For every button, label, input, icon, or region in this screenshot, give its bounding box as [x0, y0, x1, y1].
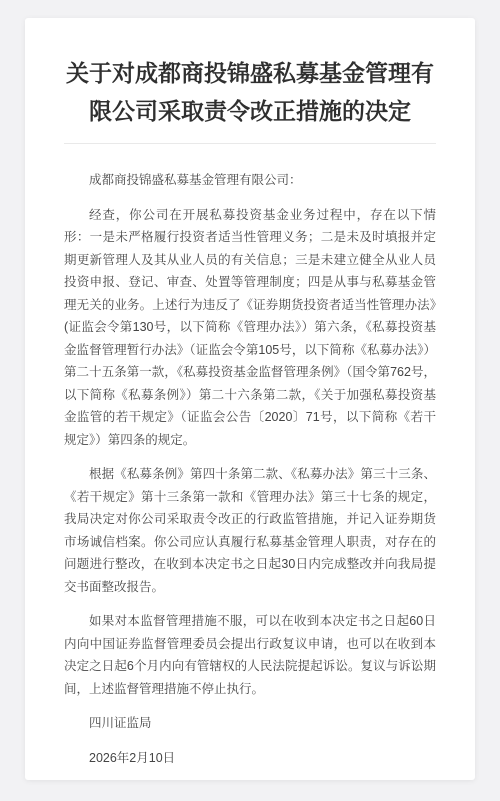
- title-divider: [64, 143, 436, 144]
- document-body: 成都商投锦盛私募基金管理有限公司： 经查，你公司在开展私募投资基金业务过程中，存…: [64, 169, 436, 769]
- page-background: 关于对成都商投锦盛私募基金管理有限公司采取责令改正措施的决定 成都商投锦盛私募基…: [0, 0, 500, 801]
- paragraph-appeal-rights: 如果对本监督管理措施不服，可以在收到本决定书之日起60日内向中国证券监督管理委员…: [64, 610, 436, 700]
- document-card: 关于对成都商投锦盛私募基金管理有限公司采取责令改正措施的决定 成都商投锦盛私募基…: [25, 18, 475, 780]
- date-line: 2026年2月10日: [64, 747, 436, 770]
- addressee-line: 成都商投锦盛私募基金管理有限公司：: [64, 169, 436, 192]
- signature-line: 四川证监局: [64, 712, 436, 735]
- paragraph-findings: 经查，你公司在开展私募投资基金业务过程中，存在以下情形：一是未严格履行投资者适当…: [64, 204, 436, 452]
- document-title: 关于对成都商投锦盛私募基金管理有限公司采取责令改正措施的决定: [64, 54, 436, 130]
- paragraph-decision: 根据《私募条例》第四十条第二款、《私募办法》第三十三条、《若干规定》第十三条第一…: [64, 463, 436, 598]
